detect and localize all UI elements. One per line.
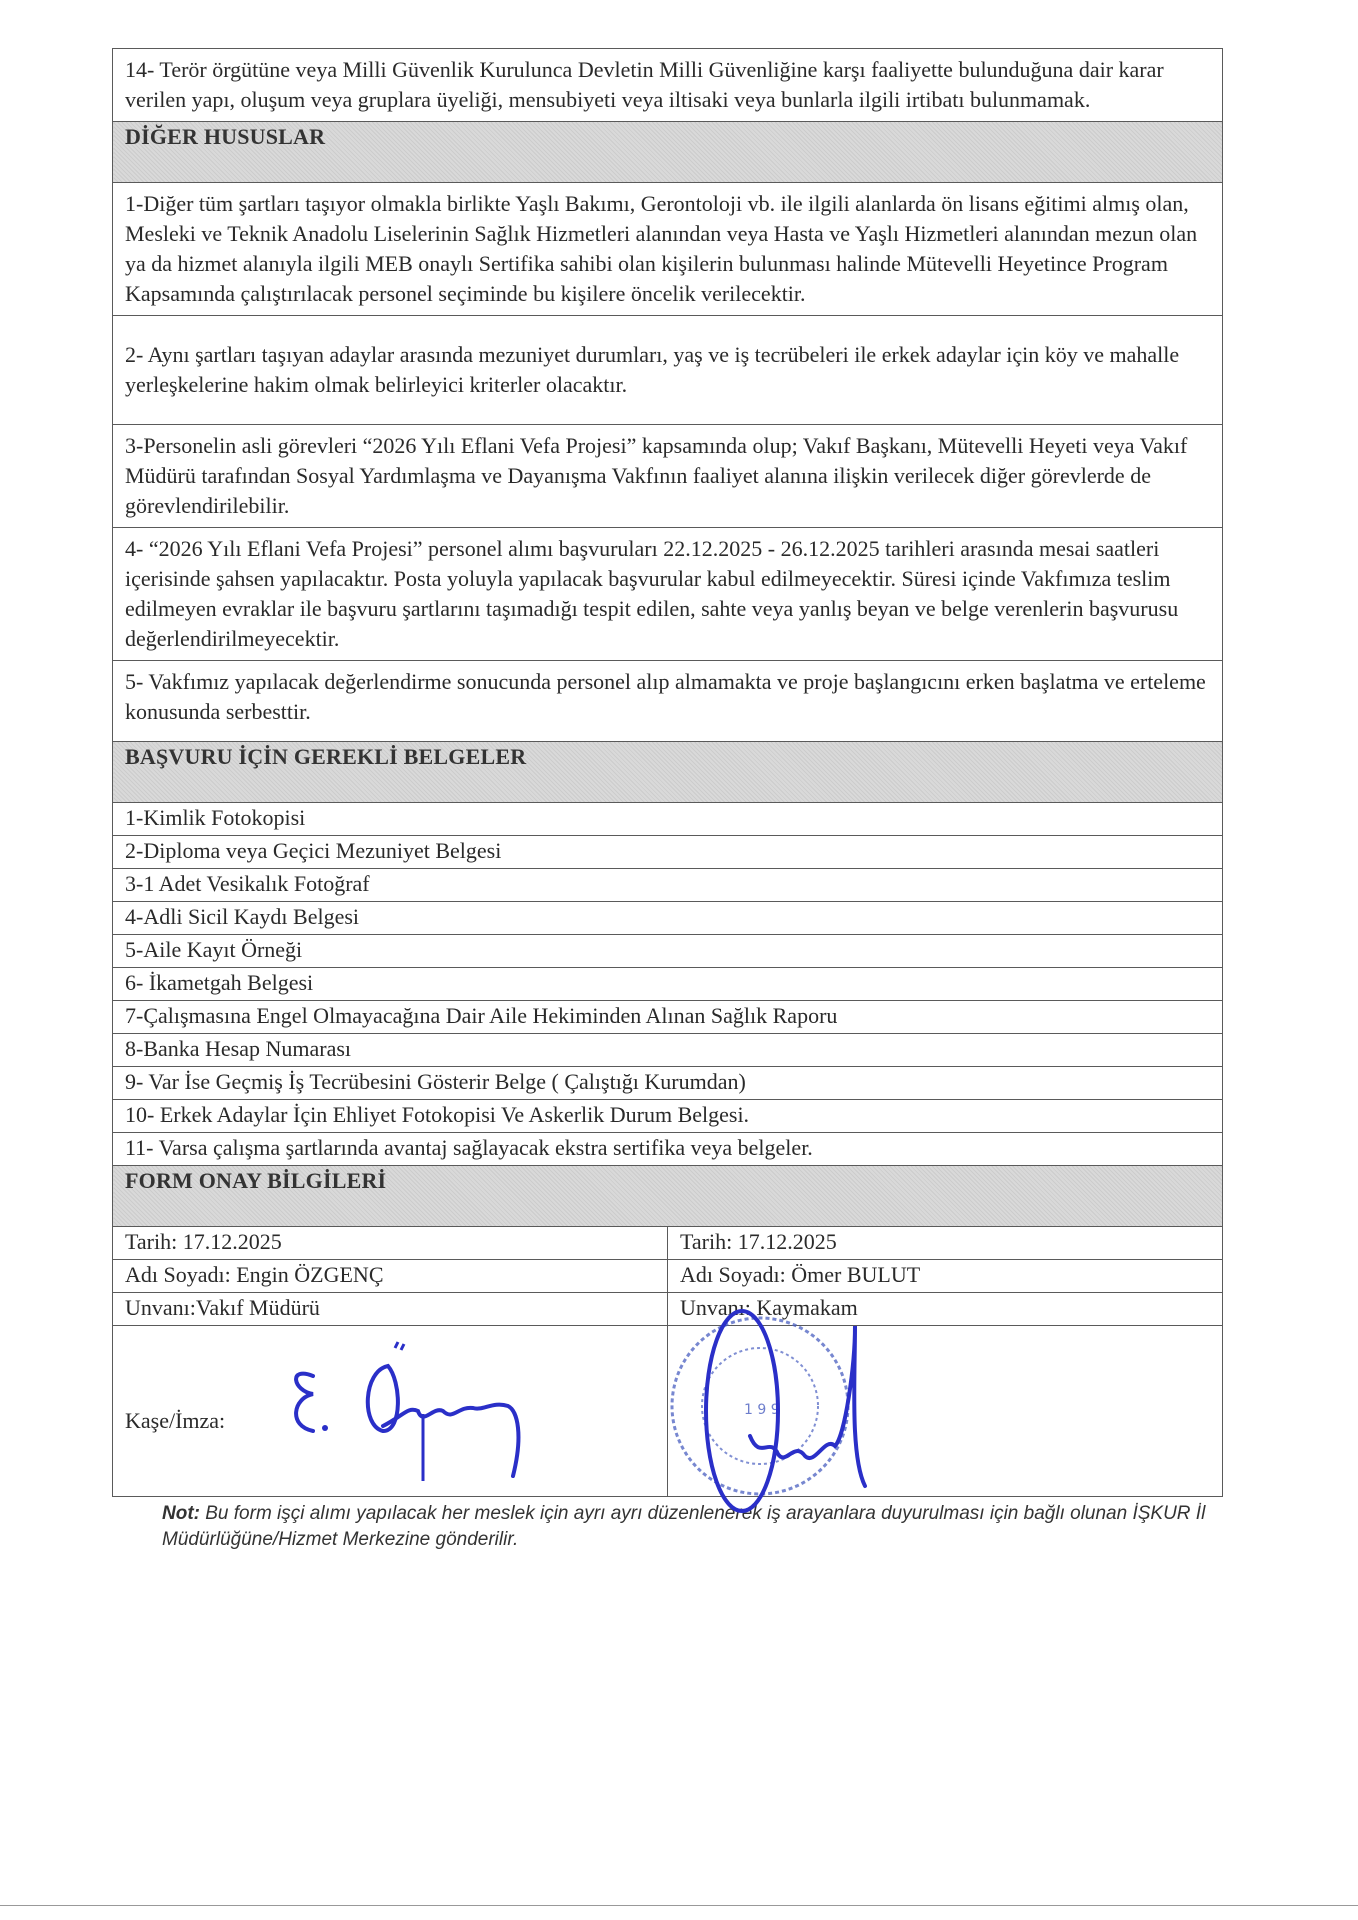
other-matter-1: 1-Diğer tüm şartları taşıyor olmakla bir… <box>113 183 1223 316</box>
other-matter-3: 3-Personelin asli görevleri “2026 Yılı E… <box>113 425 1223 528</box>
document-item-7: 7-Çalışmasına Engel Olmayacağına Dair Ai… <box>113 1001 1223 1034</box>
other-matter-row: 4- “2026 Yılı Eflani Vefa Projesi” perso… <box>113 528 1223 661</box>
section-title-required-documents: BAŞVURU İÇİN GEREKLİ BELGELER <box>113 742 1223 803</box>
document-item-8: 8-Banka Hesap Numarası <box>113 1034 1223 1067</box>
left-approver-name: Adı Soyadı: Engin ÖZGENÇ <box>113 1260 668 1293</box>
official-stamp-icon: 1 9 9 <box>660 1286 940 1546</box>
signature-icon <box>283 1336 563 1486</box>
section-header-other-matters: DİĞER HUSUSLAR <box>113 122 1223 183</box>
other-matter-5: 5- Vakfımız yapılacak değerlendirme sonu… <box>113 661 1223 742</box>
application-form-table: 14- Terör örgütüne veya Milli Güvenlik K… <box>112 48 1223 1497</box>
document-item: 11- Varsa çalışma şartlarında avantaj sa… <box>113 1133 1223 1166</box>
document-page: 14- Terör örgütüne veya Milli Güvenlik K… <box>112 48 1222 1553</box>
left-signature-cell: Kaşe/İmza: <box>113 1326 668 1497</box>
document-item-9: 9- Var İse Geçmiş İş Tecrübesini Gösteri… <box>113 1067 1223 1100</box>
stamp-signature-label: Kaşe/İmza: <box>125 1406 225 1436</box>
other-matter-row: 3-Personelin asli görevleri “2026 Yılı E… <box>113 425 1223 528</box>
document-item-10: 10- Erkek Adaylar İçin Ehliyet Fotokopis… <box>113 1100 1223 1133</box>
document-item: 8-Banka Hesap Numarası <box>113 1034 1223 1067</box>
document-item-6: 6- İkametgah Belgesi <box>113 968 1223 1001</box>
note-label: Not: <box>162 1503 200 1524</box>
right-signature-cell: 1 9 9 <box>668 1326 1223 1497</box>
document-item-11: 11- Varsa çalışma şartlarında avantaj sa… <box>113 1133 1223 1166</box>
section-header-required-documents: BAŞVURU İÇİN GEREKLİ BELGELER <box>113 742 1223 803</box>
other-matter-row: 5- Vakfımız yapılacak değerlendirme sonu… <box>113 661 1223 742</box>
other-matter-4: 4- “2026 Yılı Eflani Vefa Projesi” perso… <box>113 528 1223 661</box>
section-title-other-matters: DİĞER HUSUSLAR <box>113 122 1223 183</box>
other-matter-row: 1-Diğer tüm şartları taşıyor olmakla bir… <box>113 183 1223 316</box>
right-approver-date: Tarih: 17.12.2025 <box>668 1227 1223 1260</box>
other-matter-2: 2- Aynı şartları taşıyan adaylar arasınd… <box>113 316 1223 425</box>
section-title-approval: FORM ONAY BİLGİLERİ <box>113 1166 1223 1227</box>
document-item: 7-Çalışmasına Engel Olmayacağına Dair Ai… <box>113 1001 1223 1034</box>
document-item: 3-1 Adet Vesikalık Fotoğraf <box>113 869 1223 902</box>
document-item: 2-Diploma veya Geçici Mezuniyet Belgesi <box>113 836 1223 869</box>
requirement-14-text: 14- Terör örgütüne veya Milli Güvenlik K… <box>113 49 1223 122</box>
document-item: 4-Adli Sicil Kaydı Belgesi <box>113 902 1223 935</box>
left-approver-date: Tarih: 17.12.2025 <box>113 1227 668 1260</box>
section-header-approval: FORM ONAY BİLGİLERİ <box>113 1166 1223 1227</box>
document-item: 6- İkametgah Belgesi <box>113 968 1223 1001</box>
approval-date-row: Tarih: 17.12.2025 Tarih: 17.12.2025 <box>113 1227 1223 1260</box>
approval-signature-row: Kaşe/İmza: 1 9 9 <box>113 1326 1223 1497</box>
left-approver-title: Unvanı:Vakıf Müdürü <box>113 1293 668 1326</box>
document-item-1: 1-Kimlik Fotokopisi <box>113 803 1223 836</box>
requirement-row-14: 14- Terör örgütüne veya Milli Güvenlik K… <box>113 49 1223 122</box>
document-item: 5-Aile Kayıt Örneği <box>113 935 1223 968</box>
document-item-5: 5-Aile Kayıt Örneği <box>113 935 1223 968</box>
page-bottom-edge <box>0 1905 1358 1906</box>
document-item: 10- Erkek Adaylar İçin Ehliyet Fotokopis… <box>113 1100 1223 1133</box>
document-item: 9- Var İse Geçmiş İş Tecrübesini Gösteri… <box>113 1067 1223 1100</box>
document-item-4: 4-Adli Sicil Kaydı Belgesi <box>113 902 1223 935</box>
document-item: 1-Kimlik Fotokopisi <box>113 803 1223 836</box>
svg-text:1 9 9: 1 9 9 <box>744 1402 780 1418</box>
other-matter-row: 2- Aynı şartları taşıyan adaylar arasınd… <box>113 316 1223 425</box>
document-item-3: 3-1 Adet Vesikalık Fotoğraf <box>113 869 1223 902</box>
document-item-2: 2-Diploma veya Geçici Mezuniyet Belgesi <box>113 836 1223 869</box>
